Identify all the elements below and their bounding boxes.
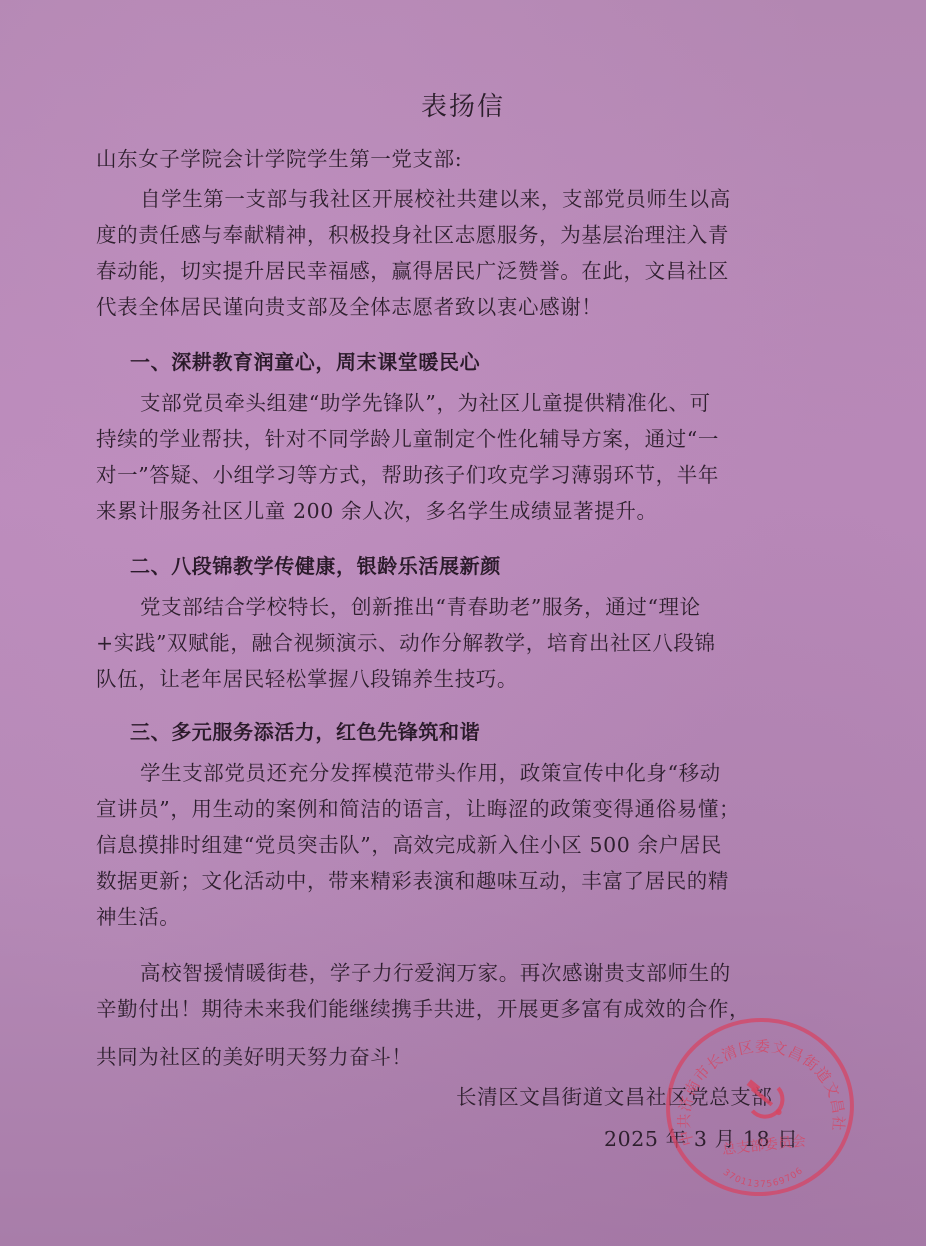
letter-page: 表扬信 山东女子学院会计学院学生第一党支部: 自学生第一支部与我社区开展校社共建…	[0, 0, 926, 1246]
section-3-line: 数据更新；文化活动中，带来精彩表演和趣味互动，丰富了居民的精	[96, 864, 729, 894]
section-heading-3: 三、多元服务添活力，红色先锋筑和谐	[130, 716, 480, 745]
section-2-line: 队伍，让老年居民轻松掌握八段锦养生技巧。	[96, 662, 518, 692]
recipient: 山东女子学院会计学院学生第一党支部:	[96, 142, 462, 172]
section-1-line: 持续的学业帮扶，针对不同学龄儿童制定个性化辅导方案，通过“一	[96, 422, 719, 452]
intro-line: 度的责任感与奉献精神，积极投身社区志愿服务，为基层治理注入青	[96, 218, 729, 248]
section-3-line: 神生活。	[96, 900, 180, 930]
section-3-line: 学生支部党员还充分发挥模范带头作用，政策宣传中化身“移动	[140, 756, 721, 786]
section-3-line: 信息摸排时组建“党员突击队”，高效完成新入住小区 500 余户居民	[96, 828, 722, 858]
seal-inner-text: 总支部委员会	[721, 1132, 806, 1158]
section-1-line: 对一”答疑、小组学习等方式，帮助孩子们攻克学习薄弱环节，半年	[96, 458, 719, 488]
letter-title: 表扬信	[0, 86, 926, 123]
section-heading-1: 一、深耕教育润童心，周末课堂暖民心	[130, 346, 480, 375]
official-seal: 中共济南市长清区委文昌街道文昌社区 3701137569706 总支部委员会	[657, 1009, 863, 1206]
intro-line: 代表全体居民谨向贵支部及全体志愿者致以衷心感谢！	[96, 290, 602, 320]
intro-line: 春动能，切实提升居民幸福感，赢得居民广泛赞誉。在此，文昌社区	[96, 254, 729, 284]
closing-line: 辛勤付出！期待未来我们能继续携手共进，开展更多富有成效的合作，	[96, 992, 750, 1022]
section-1-line: 支部党员牵头组建“助学先锋队”，为社区儿童提供精准化、可	[140, 386, 711, 416]
svg-text:3701137569706: 3701137569706	[720, 1160, 807, 1195]
section-3-line: 宣讲员”，用生动的案例和简洁的语言，让晦涩的政策变得通俗易懂；	[96, 792, 740, 822]
seal-code: 3701137569706	[720, 1160, 807, 1195]
closing-line: 共同为社区的美好明天努力奋斗！	[96, 1040, 413, 1070]
closing-line: 高校智援情暖街巷，学子力行爱润万家。再次感谢贵支部师生的	[140, 956, 731, 986]
section-heading-2: 二、八段锦教学传健康，银龄乐活展新颜	[130, 550, 501, 579]
section-2-line: 党支部结合学校特长，创新推出“青春助老”服务，通过“理论	[140, 590, 701, 620]
section-1-line: 来累计服务社区儿童 200 余人次，多名学生成绩显著提升。	[96, 494, 658, 524]
hammer-sickle-icon	[739, 1071, 792, 1124]
section-2-line: +实践”双赋能，融合视频演示、动作分解教学，培育出社区八段锦	[96, 626, 716, 656]
intro-line: 自学生第一支部与我社区开展校社共建以来，支部党员师生以高	[140, 182, 731, 212]
